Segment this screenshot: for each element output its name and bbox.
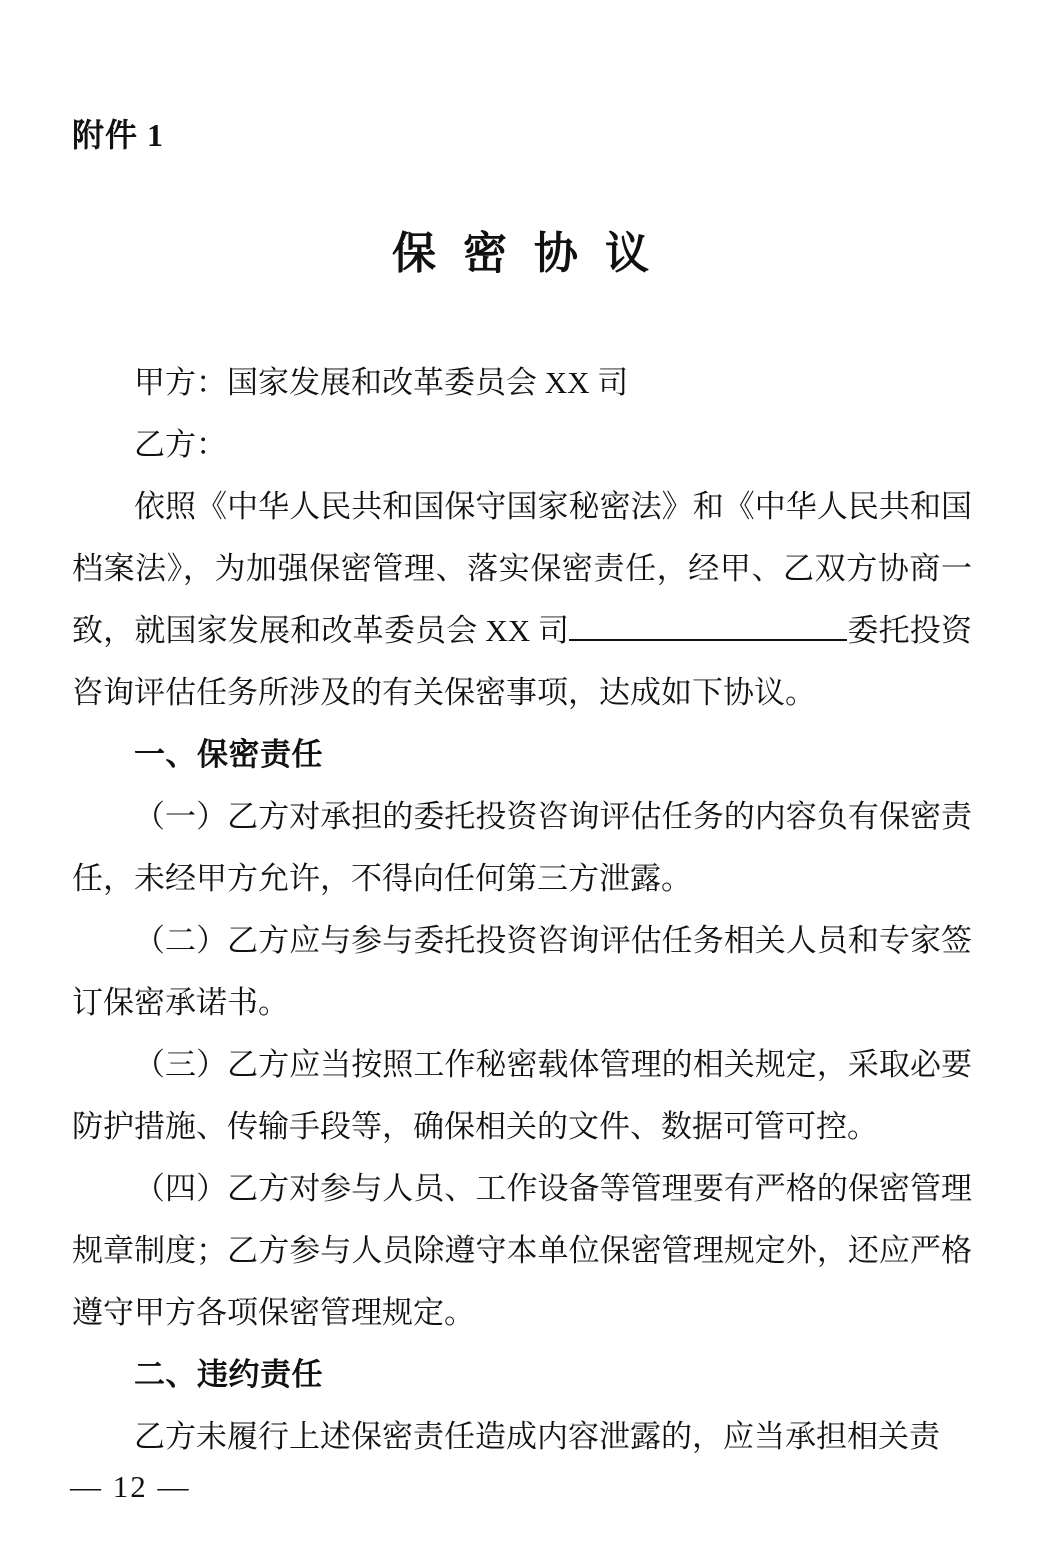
attachment-label: 附件 1 [72, 116, 164, 154]
section-1-heading: 一、保密责任 [72, 724, 972, 786]
document-title: 保 密 协 议 [0, 228, 1043, 280]
section-1-clause-2: （二）乙方应与参与委托投资咨询评估任务相关人员和专家签订保密承诺书。 [72, 910, 972, 1034]
page-number: — 12 — [70, 1468, 191, 1506]
party-a-line: 甲方：国家发展和改革委员会 XX 司 [72, 352, 972, 414]
section-1-clause-1: （一）乙方对承担的委托投资咨询评估任务的内容负有保密责任，未经甲方允许，不得向任… [72, 786, 972, 910]
document-page: 附件 1 保 密 协 议 甲方：国家发展和改革委员会 XX 司 乙方： 依照《中… [0, 0, 1043, 1543]
intro-paragraph: 依照《中华人民共和国保守国家秘密法》和《中华人民共和国档案法》，为加强保密管理、… [72, 476, 972, 724]
fill-in-blank-underline [569, 637, 847, 641]
section-2-heading: 二、违约责任 [72, 1344, 972, 1406]
section-1-clause-4: （四）乙方对参与人员、工作设备等管理要有严格的保密管理规章制度；乙方参与人员除遵… [72, 1158, 972, 1344]
document-body: 甲方：国家发展和改革委员会 XX 司 乙方： 依照《中华人民共和国保守国家秘密法… [72, 352, 972, 1468]
section-2-body: 乙方未履行上述保密责任造成内容泄露的，应当承担相关责 [72, 1406, 972, 1468]
section-1-clause-3: （三）乙方应当按照工作秘密载体管理的相关规定，采取必要防护措施、传输手段等，确保… [72, 1034, 972, 1158]
intro-text-before-blank: 依照《中华人民共和国保守国家秘密法》和《中华人民共和国档案法》，为加强保密管理、… [72, 489, 972, 648]
party-b-line: 乙方： [72, 414, 972, 476]
